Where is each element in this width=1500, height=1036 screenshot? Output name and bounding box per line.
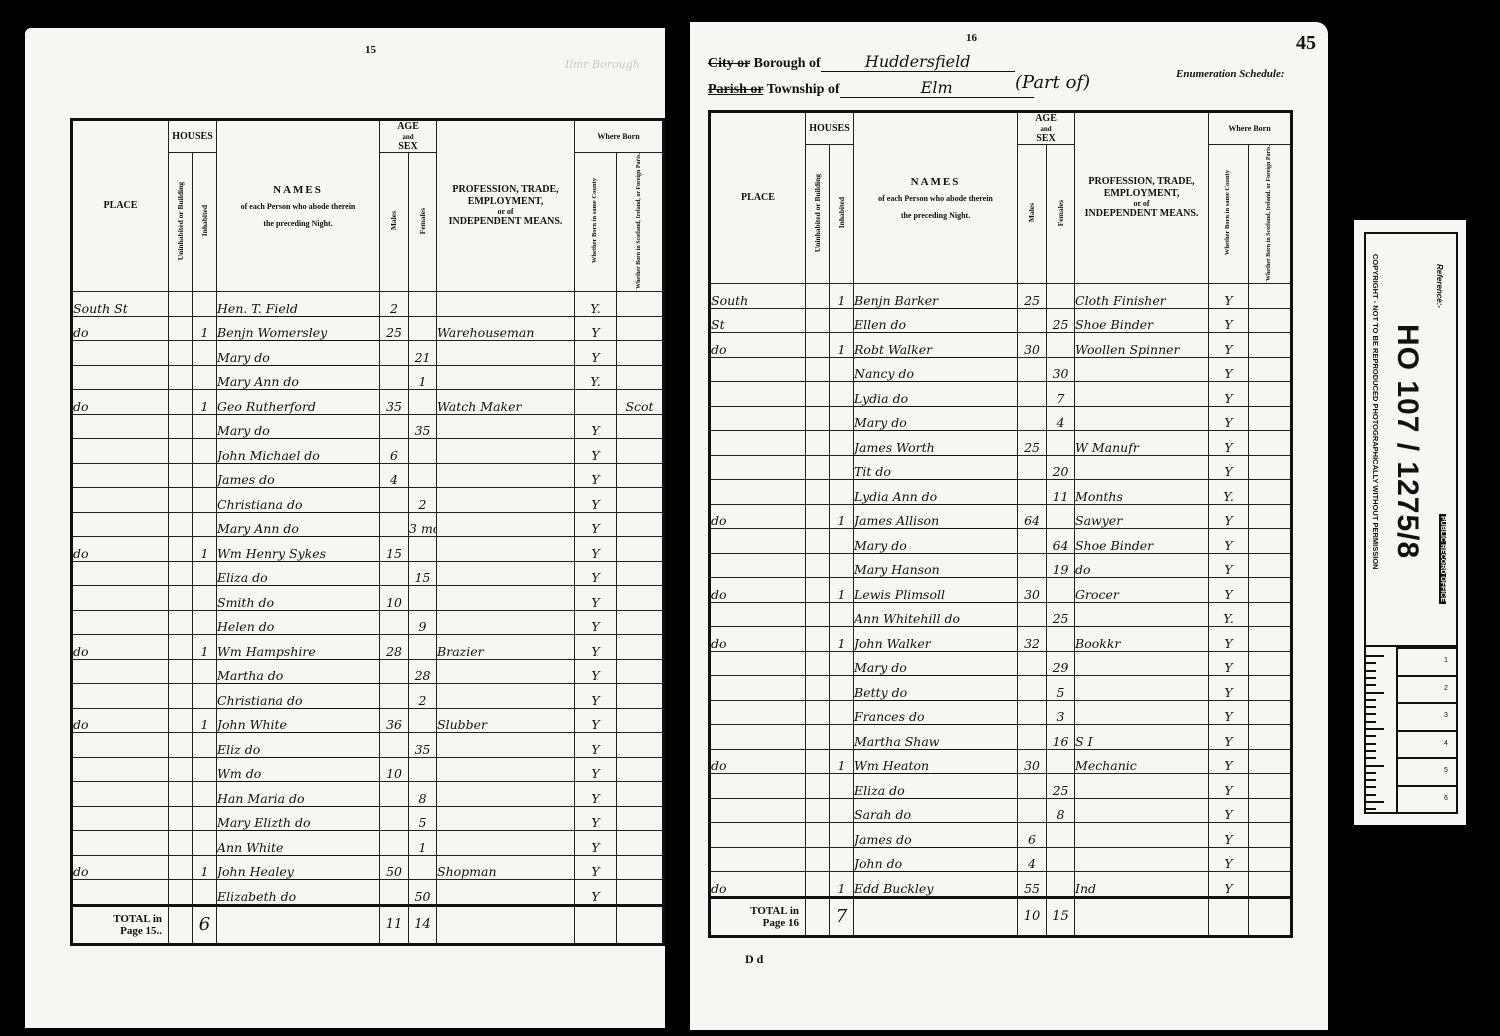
inhabited-cell	[830, 529, 854, 554]
place-cell	[72, 806, 169, 831]
male-age: 4	[380, 463, 409, 488]
ruler-tick	[1366, 757, 1376, 759]
place-cell	[72, 659, 169, 684]
male-age	[1018, 651, 1047, 676]
place-cell: do	[72, 855, 169, 880]
occupation	[1075, 700, 1209, 725]
occupation	[437, 439, 575, 464]
born-foreign-header: Whether Born in Scotland, Ireland, or Fo…	[1249, 145, 1292, 284]
uninhabited-cell	[806, 406, 830, 431]
inhabited-cell	[193, 782, 217, 807]
uninhabited-cell	[169, 439, 193, 464]
male-age: 10	[380, 586, 409, 611]
male-age	[380, 782, 409, 807]
male-age	[380, 659, 409, 684]
born-foreign	[617, 733, 664, 758]
uninhabited-cell	[169, 831, 193, 856]
person-name: James Worth	[854, 431, 1018, 456]
occupation	[437, 782, 575, 807]
person-name: Eliza do	[217, 561, 380, 586]
born-same-county: Y	[1209, 700, 1249, 725]
born-foreign	[1249, 676, 1292, 701]
inhabited-cell	[193, 439, 217, 464]
male-age: 28	[380, 635, 409, 660]
person-name: Mary Elizth do	[217, 806, 380, 831]
total-males: 11	[380, 905, 409, 944]
census-row: do1Edd Buckley55IndY	[710, 872, 1292, 898]
occupation: Watch Maker	[437, 390, 575, 415]
female-age	[1047, 627, 1075, 652]
total-occupation	[1075, 897, 1209, 936]
place-cell	[72, 439, 169, 464]
place-cell: do	[710, 333, 806, 358]
census-row: Sarah do8Y	[710, 798, 1292, 823]
parish-label: Township of	[767, 82, 840, 97]
born-foreign	[1249, 480, 1292, 505]
born-same-county: Y	[575, 463, 617, 488]
uninhabited-cell	[806, 823, 830, 848]
male-age	[1018, 676, 1047, 701]
born-foreign	[617, 708, 664, 733]
uninhabited-cell	[806, 627, 830, 652]
inhabited-cell: 1	[830, 333, 854, 358]
uninhabited-cell	[169, 757, 193, 782]
census-row: Mary Ann do1Y.	[72, 365, 664, 390]
male-age	[1018, 602, 1047, 627]
males-label: Males	[1028, 203, 1036, 222]
male-age	[380, 414, 409, 439]
uninhabited-cell	[169, 806, 193, 831]
ruler-tick	[1366, 735, 1376, 737]
ruler-cm-divider	[1396, 757, 1456, 759]
inhabited-cell	[193, 561, 217, 586]
person-name: Wm Henry Sykes	[217, 537, 380, 562]
born-same-county: Y	[1209, 749, 1249, 774]
names-header: NAMES of each Person who abode therein t…	[854, 112, 1018, 284]
occupation	[437, 659, 575, 684]
female-age: 2	[409, 488, 437, 513]
occupation: Months	[1075, 480, 1209, 505]
reference-label: Reference:-	[1435, 264, 1444, 308]
total-names	[217, 905, 380, 944]
person-name: John Healey	[217, 855, 380, 880]
inhabited-cell	[193, 463, 217, 488]
occupation	[437, 292, 575, 317]
born-foreign	[1249, 333, 1292, 358]
person-name: John Walker	[854, 627, 1018, 652]
male-age	[380, 806, 409, 831]
where-born-header: Where Born	[575, 120, 664, 153]
occupation: Cloth Finisher	[1075, 284, 1209, 309]
inhabited-cell	[830, 700, 854, 725]
born-foreign	[617, 341, 664, 366]
male-age	[380, 488, 409, 513]
total-label-line2: Page 16	[763, 917, 799, 929]
born-same-county: Y	[1209, 847, 1249, 872]
ruler-tick	[1366, 728, 1384, 730]
measurement-ruler: 123456	[1366, 645, 1456, 812]
inhabited-cell	[193, 880, 217, 906]
record-office-stamp: PUBLIC RECORD OFFICE	[1439, 514, 1446, 604]
inhabited-cell	[830, 480, 854, 505]
uninhabited-label: Uninhabited or Building	[177, 182, 185, 260]
born-foreign	[1249, 872, 1292, 898]
uninhabited-cell	[806, 357, 830, 382]
census-row: do1Geo Rutherford35Watch MakerScot	[72, 390, 664, 415]
male-age	[1018, 553, 1047, 578]
female-age: 3	[1047, 700, 1075, 725]
person-name: Wm Heaton	[854, 749, 1018, 774]
uninhabited-cell	[806, 847, 830, 872]
ruler-tick	[1366, 772, 1376, 774]
uninhabited-cell	[806, 308, 830, 333]
place-cell: do	[710, 872, 806, 898]
born-foreign	[617, 586, 664, 611]
person-name: Mary Ann do	[217, 365, 380, 390]
ruler-tick	[1366, 750, 1376, 752]
person-name: Lewis Plimsoll	[854, 578, 1018, 603]
age-sex-header: AGE and SEX	[380, 120, 437, 153]
total-born-foreign	[617, 905, 664, 944]
occupation	[1075, 406, 1209, 431]
born-same-county: Y	[575, 831, 617, 856]
person-name: Mary do	[854, 529, 1018, 554]
census-row: do1Robt Walker30Woollen SpinnerY	[710, 333, 1292, 358]
page-number: 45	[1296, 32, 1316, 55]
profession-header: PROFESSION, TRADE, EMPLOYMENT, or of IND…	[1075, 112, 1209, 284]
ruler-cm-label: 3	[1444, 712, 1448, 719]
born-foreign	[1249, 578, 1292, 603]
person-name: Betty do	[854, 676, 1018, 701]
census-row: Lydia Ann do11MonthsY.	[710, 480, 1292, 505]
born-same-county: Y	[1209, 284, 1249, 309]
person-name: Ellen do	[854, 308, 1018, 333]
inhabited-label: Inhabited	[838, 197, 846, 228]
ruler-tick	[1366, 684, 1376, 686]
person-name: John do	[854, 847, 1018, 872]
female-age	[409, 390, 437, 415]
male-age	[1018, 529, 1047, 554]
born-same-county: Y	[575, 561, 617, 586]
place-cell	[710, 455, 806, 480]
census-row: South StHen. T. Field2Y.	[72, 292, 664, 317]
age-and: and	[380, 133, 436, 141]
census-row: do1James Allison64SawyerY	[710, 504, 1292, 529]
inhabited-cell	[193, 341, 217, 366]
male-age: 15	[380, 537, 409, 562]
uninhabited-cell	[806, 774, 830, 799]
census-row: do1Wm Hampshire28BrazierY	[72, 635, 664, 660]
occupation: Shopman	[437, 855, 575, 880]
occupation: Mechanic	[1075, 749, 1209, 774]
person-name: Eliz do	[217, 733, 380, 758]
uninhabited-cell	[169, 610, 193, 635]
uninhabited-cell	[169, 414, 193, 439]
female-age	[409, 855, 437, 880]
male-age	[380, 365, 409, 390]
born-same-county: Y.	[575, 365, 617, 390]
inhabited-cell	[193, 292, 217, 317]
born-foreign	[1249, 798, 1292, 823]
census-row: Wm do10Y	[72, 757, 664, 782]
total-houses: 6	[193, 905, 217, 944]
census-row: do1John White36SlubberY	[72, 708, 664, 733]
census-row: Martha do28Y	[72, 659, 664, 684]
person-name: Mary Hanson	[854, 553, 1018, 578]
place-cell	[710, 406, 806, 431]
person-name: Mary do	[854, 406, 1018, 431]
census-row: South1Benjn Barker25Cloth FinisherY	[710, 284, 1292, 309]
female-age	[409, 708, 437, 733]
born-foreign	[617, 365, 664, 390]
total-label-line2: Page 15..	[120, 925, 162, 937]
born-same-county: Y	[1209, 725, 1249, 750]
census-row: Mary Ann do3 moY	[72, 512, 664, 537]
profession-l1: PROFESSION, TRADE,	[1075, 176, 1208, 188]
born-foreign	[1249, 284, 1292, 309]
place-header: PLACE	[710, 112, 806, 284]
place-cell	[710, 602, 806, 627]
born-same-county: Y	[575, 757, 617, 782]
inhabited-cell	[193, 733, 217, 758]
born-same-county: Y	[575, 855, 617, 880]
ruler-tick	[1366, 692, 1384, 694]
occupation	[437, 365, 575, 390]
place-cell	[710, 676, 806, 701]
female-age	[409, 316, 437, 341]
uninhabited-cell	[806, 700, 830, 725]
occupation	[437, 512, 575, 537]
male-age: 25	[1018, 431, 1047, 456]
reference-card: Reference:- HO 107 / 1275/8 PUBLIC RECOR…	[1354, 220, 1466, 825]
place-cell	[710, 480, 806, 505]
place-cell	[710, 823, 806, 848]
born-same-county: Y	[1209, 308, 1249, 333]
inhabited-cell	[193, 806, 217, 831]
occupation	[437, 561, 575, 586]
borough-value: Huddersfield	[821, 52, 1015, 72]
census-row: Mary Elizth do5Y	[72, 806, 664, 831]
ruler-tick	[1366, 699, 1376, 701]
males-header: Males	[380, 153, 409, 292]
born-foreign: Scot	[617, 390, 664, 415]
ruler-tick	[1366, 786, 1376, 788]
female-age: 8	[1047, 798, 1075, 823]
female-age: 19	[1047, 553, 1075, 578]
person-name: Tit do	[854, 455, 1018, 480]
inhabited-cell	[830, 406, 854, 431]
place-cell: do	[72, 390, 169, 415]
person-name: Mary do	[854, 651, 1018, 676]
census-row: Eliza do25Y	[710, 774, 1292, 799]
person-name: John Michael do	[217, 439, 380, 464]
uninhabited-cell	[169, 855, 193, 880]
inhabited-cell	[830, 798, 854, 823]
person-name: Smith do	[217, 586, 380, 611]
born-foreign	[1249, 651, 1292, 676]
born-foreign	[617, 880, 664, 906]
total-names	[854, 897, 1018, 936]
born-same-county: Y	[1209, 333, 1249, 358]
ruler-cm-divider	[1396, 730, 1456, 732]
reference-card-frame: Reference:- HO 107 / 1275/8 PUBLIC RECOR…	[1364, 232, 1458, 814]
uninhabited-cell	[806, 651, 830, 676]
female-age: 7	[1047, 382, 1075, 407]
uninhabited-cell	[169, 684, 193, 709]
born-same-county: Y	[575, 586, 617, 611]
male-age	[1018, 357, 1047, 382]
total-born-county	[575, 905, 617, 944]
uninhabited-cell	[169, 292, 193, 317]
uninhabited-cell	[169, 512, 193, 537]
place-cell	[72, 782, 169, 807]
inhabited-cell: 1	[830, 749, 854, 774]
census-row: Mary do21Y	[72, 341, 664, 366]
total-houses: 7	[830, 897, 854, 936]
born-same-county: Y.	[575, 292, 617, 317]
females-header: Females	[409, 153, 437, 292]
names-sub2: the preceding Night.	[854, 211, 1017, 220]
born-foreign	[1249, 627, 1292, 652]
born-foreign	[617, 831, 664, 856]
ruler-cm-label: 5	[1444, 767, 1448, 774]
female-age	[1047, 578, 1075, 603]
page-total-row: TOTAL inPage 1671015	[710, 897, 1292, 936]
inhabited-cell	[193, 365, 217, 390]
person-name: Edd Buckley	[854, 872, 1018, 898]
female-age	[1047, 431, 1075, 456]
female-age: 35	[409, 733, 437, 758]
census-row: James do4Y	[72, 463, 664, 488]
person-name: Sarah do	[854, 798, 1018, 823]
born-foreign	[1249, 455, 1292, 480]
inhabited-cell: 1	[830, 627, 854, 652]
census-row: Lydia do7Y	[710, 382, 1292, 407]
born-same-county: Y	[1209, 823, 1249, 848]
page-folio-16: 16	[966, 32, 977, 44]
born-same-county: Y	[575, 512, 617, 537]
female-age: 5	[409, 806, 437, 831]
male-age: 6	[380, 439, 409, 464]
inhabited-header: Inhabited	[830, 145, 854, 284]
male-age	[1018, 455, 1047, 480]
place-cell	[710, 700, 806, 725]
born-same-county: Y	[1209, 357, 1249, 382]
born-foreign	[1249, 602, 1292, 627]
total-uninhabited	[806, 897, 830, 936]
book-spine	[665, 20, 690, 1036]
female-age	[409, 439, 437, 464]
occupation: Ind	[1075, 872, 1209, 898]
person-name: Frances do	[854, 700, 1018, 725]
census-row: Betty do5Y	[710, 676, 1292, 701]
inhabited-cell	[193, 831, 217, 856]
female-age: 50	[409, 880, 437, 906]
census-row: do1John Walker32BookkrY	[710, 627, 1292, 652]
born-same-county: Y	[1209, 651, 1249, 676]
born-same-county: Y	[575, 439, 617, 464]
born-foreign	[617, 782, 664, 807]
uninhabited-cell	[806, 284, 830, 309]
inhabited-cell: 1	[193, 708, 217, 733]
census-row: John Michael do6Y	[72, 439, 664, 464]
place-cell	[72, 414, 169, 439]
ruler-tick	[1366, 662, 1376, 664]
born-same-county: Y	[1209, 455, 1249, 480]
place-cell: do	[72, 635, 169, 660]
occupation	[1075, 774, 1209, 799]
male-age	[380, 512, 409, 537]
census-row: Mary do4Y	[710, 406, 1292, 431]
person-name: Benjn Womersley	[217, 316, 380, 341]
female-age: 15	[409, 561, 437, 586]
age-title: AGE	[1018, 113, 1074, 125]
signature-mark: D d	[745, 952, 763, 967]
female-age: 16	[1047, 725, 1075, 750]
male-age: 25	[380, 316, 409, 341]
age-sex-header: AGE and SEX	[1018, 112, 1075, 145]
born-foreign	[1249, 504, 1292, 529]
census-row: Frances do3Y	[710, 700, 1292, 725]
occupation: Sawyer	[1075, 504, 1209, 529]
person-name: Eliza do	[854, 774, 1018, 799]
total-label-line1: TOTAL in	[750, 905, 799, 917]
male-age: 25	[1018, 284, 1047, 309]
right-census-page: 16 45 City or Borough ofHuddersfield Par…	[690, 22, 1328, 1030]
borough-label: Borough of	[754, 56, 821, 71]
reference-number: HO 107 / 1275/8	[1390, 324, 1424, 559]
census-row: do1Wm Heaton30MechanicY	[710, 749, 1292, 774]
occupation	[437, 831, 575, 856]
inhabited-cell	[830, 725, 854, 750]
female-age: 9	[409, 610, 437, 635]
census-row: Christiana do2Y	[72, 684, 664, 709]
person-name: Elizabeth do	[217, 880, 380, 906]
female-age: 8	[409, 782, 437, 807]
uninhabited-cell	[806, 455, 830, 480]
ruler-cm-label: 4	[1444, 740, 1448, 747]
born-same-county: Y	[1209, 431, 1249, 456]
occupation: Woollen Spinner	[1075, 333, 1209, 358]
female-age	[409, 635, 437, 660]
left-census-page: 15 Ilmr Borough PLACE HOUSES NAMES of ea…	[25, 28, 665, 1028]
census-row: Eliz do35Y	[72, 733, 664, 758]
born-same-county: Y	[1209, 504, 1249, 529]
male-age: 32	[1018, 627, 1047, 652]
ruler-cm-label: 1	[1444, 657, 1448, 664]
ruler-cm-label: 6	[1444, 795, 1448, 802]
female-age: 4	[1047, 406, 1075, 431]
uninhabited-cell	[169, 586, 193, 611]
place-cell	[72, 341, 169, 366]
ruler-tick	[1366, 670, 1376, 672]
born-foreign	[617, 439, 664, 464]
uninhabited-cell	[806, 529, 830, 554]
occupation	[437, 610, 575, 635]
census-row: Tit do20Y	[710, 455, 1292, 480]
female-age: 25	[1047, 774, 1075, 799]
census-row: Eliza do15Y	[72, 561, 664, 586]
total-label: TOTAL inPage 16	[710, 897, 806, 936]
where-born-header: Where Born	[1209, 112, 1292, 145]
born-foreign	[617, 463, 664, 488]
place-cell	[710, 382, 806, 407]
female-age: 2	[409, 684, 437, 709]
ruler-tick	[1366, 655, 1384, 657]
names-sub2: the preceding Night.	[217, 219, 379, 228]
place-cell	[72, 610, 169, 635]
born-same-county: Y	[1209, 529, 1249, 554]
